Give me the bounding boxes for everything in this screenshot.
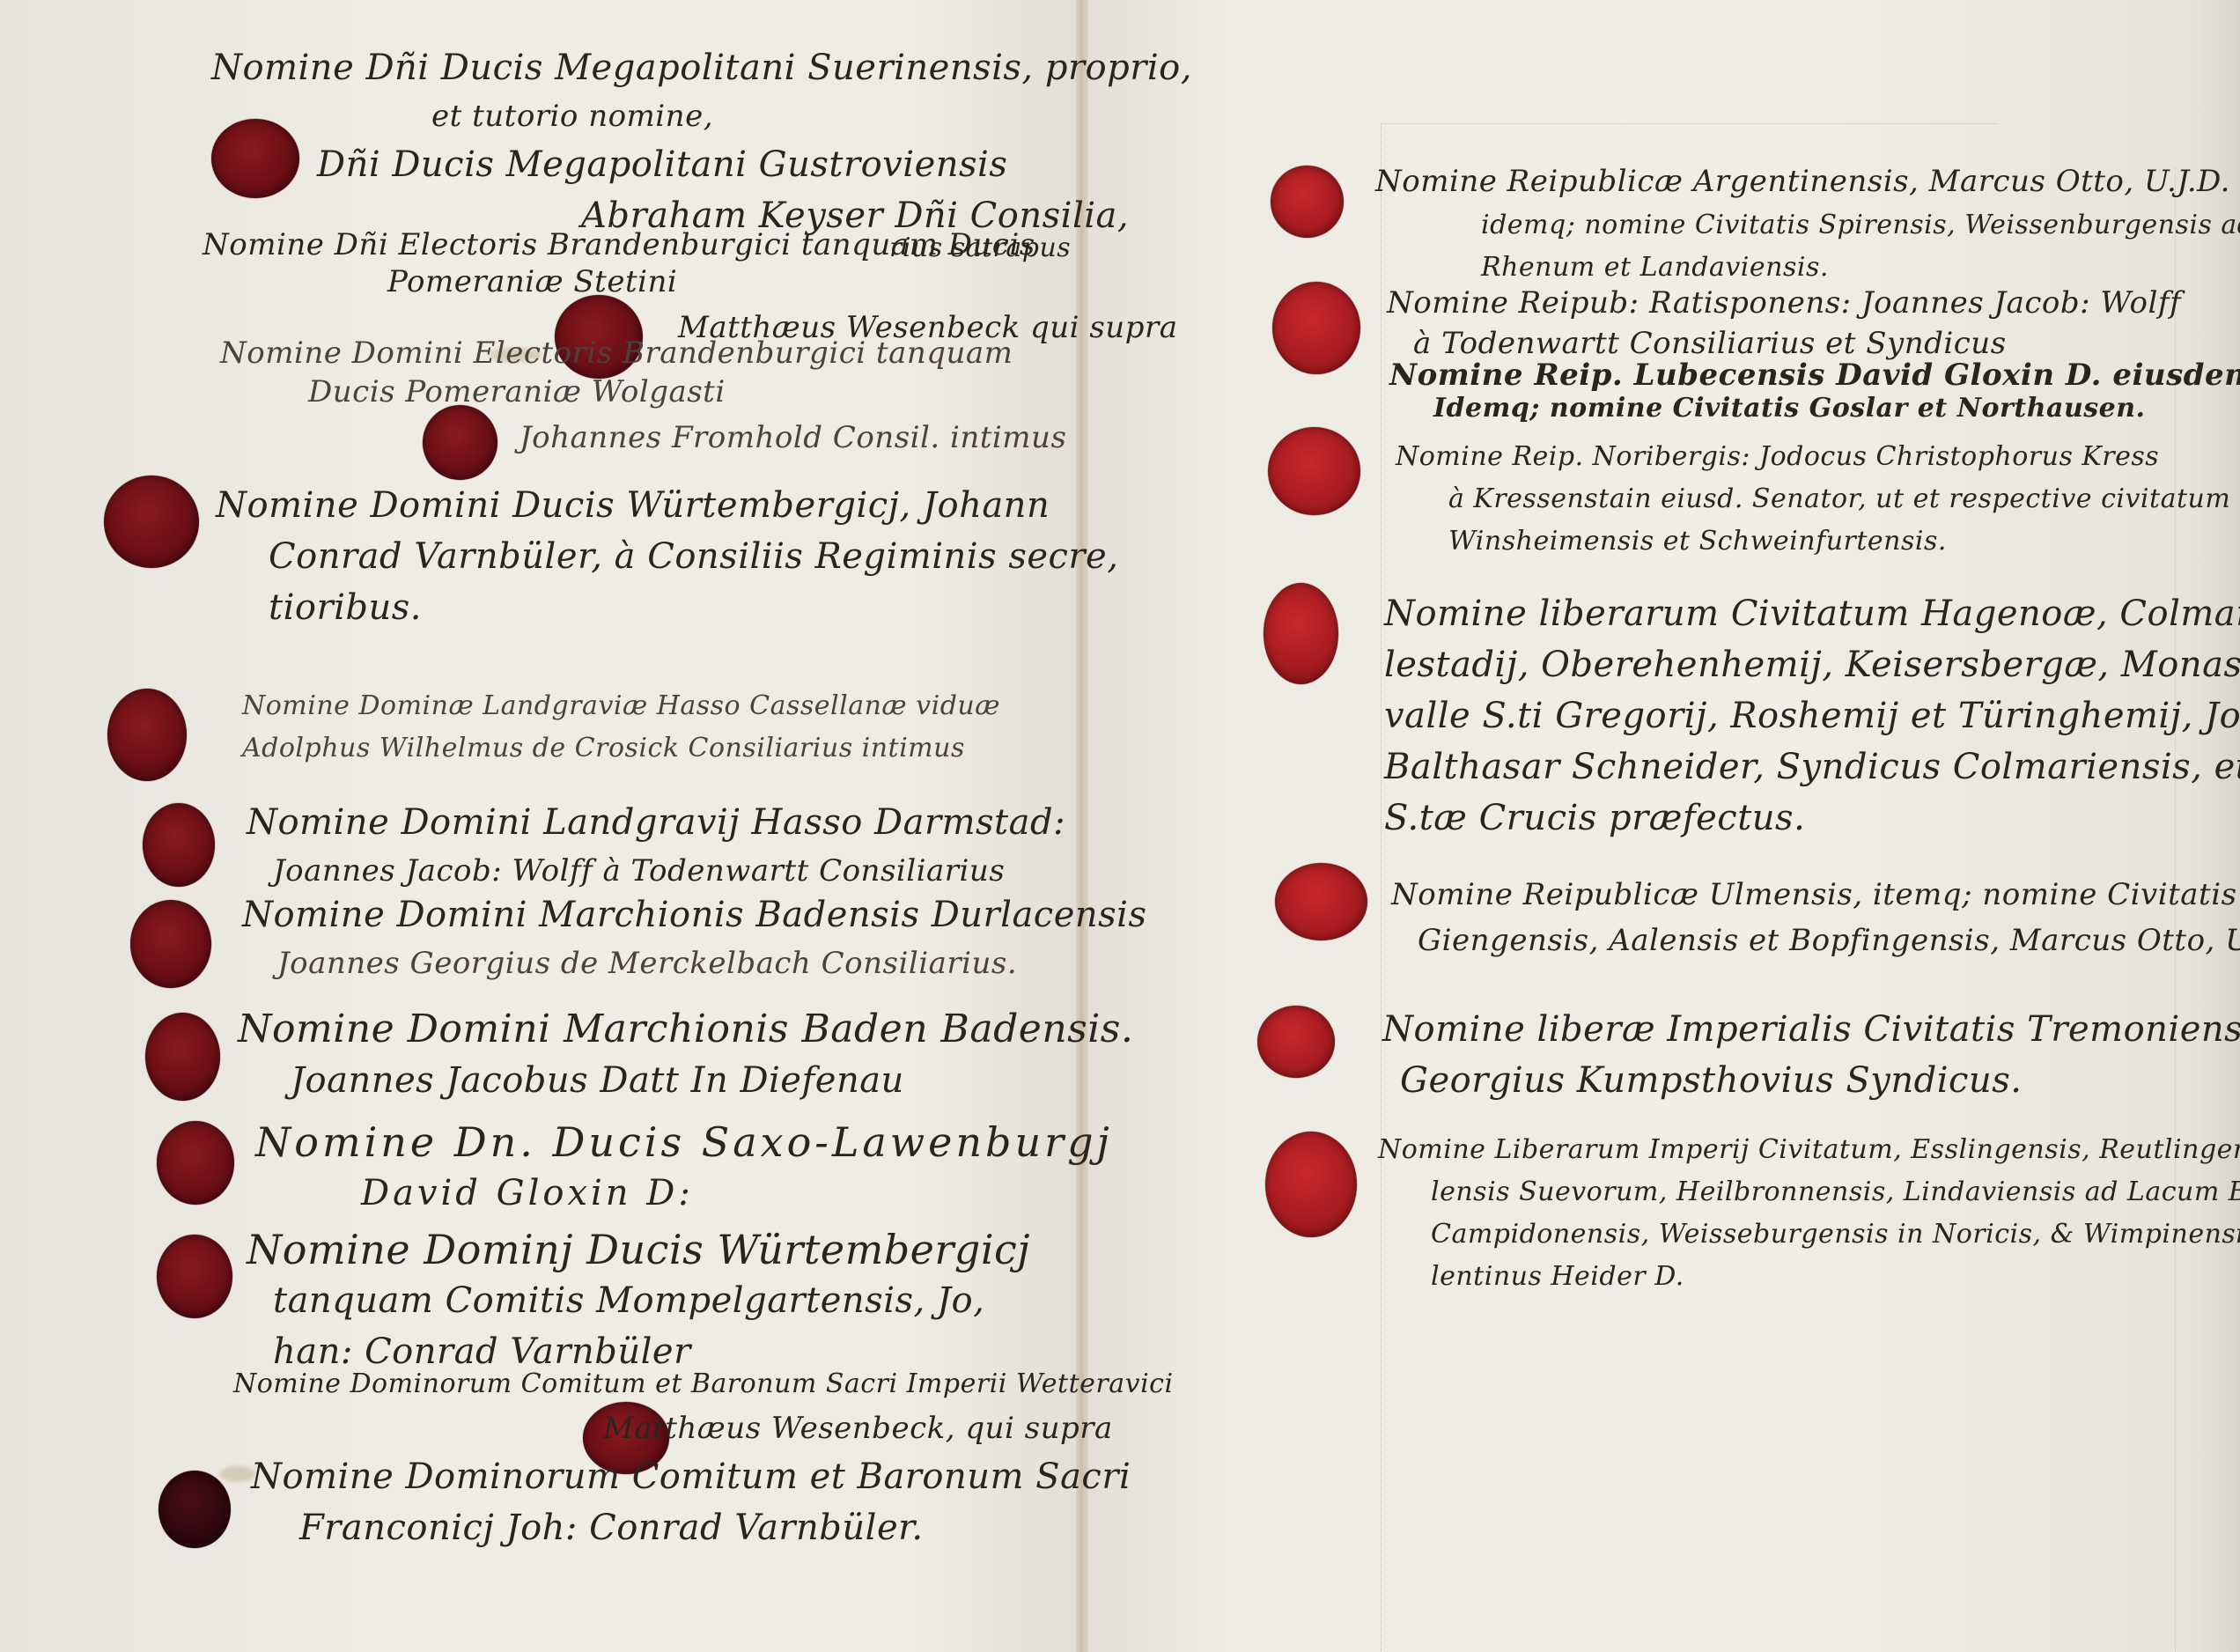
signature-entry: Nomine Domini Landgravij Hasso Darmstad:… — [247, 797, 1065, 894]
manuscript-spread: Nomine Dñi Ducis Megapolitani Suerinensi… — [0, 0, 2240, 1652]
wax-seal — [157, 1235, 232, 1318]
entry-line: Nomine liberarum Civitatum Hagenoæ, Colm… — [1384, 588, 2240, 639]
entry-line: Nomine Dominj Ducis Würtembergicj — [247, 1224, 1030, 1275]
signature-entry: Nomine Domini Ducis Würtembergicj, Johan… — [216, 480, 1118, 633]
signature-entry: Nomine liberarum Civitatum Hagenoæ, Colm… — [1384, 588, 2240, 844]
signature-entry: Nomine Reip. Lubecensis David Gloxin D. … — [1389, 352, 2240, 430]
wax-seal — [107, 689, 187, 781]
entry-line: lentinus Heider D. — [1378, 1256, 2240, 1298]
wax-seal — [1272, 282, 1360, 374]
entry-line: Campidonensis, Weisseburgensis in Norici… — [1378, 1213, 2240, 1256]
entry-line: Nomine Dñi Ducis Megapolitani Suerinensi… — [211, 42, 1192, 93]
entry-line: tioribus. — [216, 582, 1118, 633]
signature-entry: Nomine Reipublicæ Argentinensis, Marcus … — [1375, 159, 2240, 289]
entry-line: Nomine Dominorum Comitum et Baronum Sacr… — [251, 1451, 1131, 1502]
wax-seal — [158, 1471, 231, 1548]
entry-line: Conrad Varnbüler, à Consiliis Regiminis … — [216, 531, 1118, 582]
entry-line: Joannes Jacobus Datt In Diefenau — [238, 1055, 1133, 1106]
signature-entry: Nomine Dominæ Landgraviæ Hasso Cassellan… — [242, 685, 1000, 770]
entry-line: Matthæus Wesenbeck, qui supra — [233, 1405, 1174, 1451]
entry-line: Nomine Reip. Noribergis: Jodocus Christo… — [1396, 436, 2230, 478]
signature-entry: Nomine Dominorum Comitum et Baronum Sacr… — [251, 1451, 1131, 1553]
entry-line: lestadij, Oberehenhemij, Keisersbergæ, M… — [1384, 639, 2240, 690]
entry-line: Franconicj Joh: Conrad Varnbüler. — [251, 1502, 1131, 1553]
signature-entry: Nomine Domini Electoris Brandenburgici t… — [220, 330, 1066, 461]
entry-line: Nomine Domini Marchionis Badensis Durlac… — [242, 889, 1146, 940]
entry-line: lensis Suevorum, Heilbronnensis, Lindavi… — [1378, 1171, 2240, 1213]
wax-seal — [1257, 1006, 1335, 1078]
entry-line: Johannes Fromhold Consil. intimus — [220, 415, 1066, 461]
entry-line: Adolphus Wilhelmus de Crosick Consiliari… — [242, 727, 1000, 770]
entry-line: tanquam Comitis Mompelgartensis, Jo, — [247, 1275, 1030, 1326]
entry-line: Nomine Domini Ducis Würtembergicj, Johan… — [216, 480, 1118, 531]
entry-line: Joannes Jacob: Wolff à Todenwartt Consil… — [247, 848, 1065, 894]
entry-line: David Gloxin D: — [255, 1168, 1113, 1219]
wax-seal — [145, 1013, 220, 1101]
entry-line: Nomine Dn. Ducis Saxo-Lawenburgj — [255, 1117, 1113, 1168]
signature-entry: Nomine Liberarum Imperij Civitatum, Essl… — [1378, 1129, 2240, 1298]
signature-entry: Nomine Reip. Noribergis: Jodocus Christo… — [1396, 436, 2230, 563]
entry-line: Nomine Dñi Electoris Brandenburgici tanq… — [203, 222, 1178, 268]
signature-entry: Nomine Reipublicæ Ulmensis, itemq; nomin… — [1391, 872, 2240, 963]
entry-line: Nomine Dominæ Landgraviæ Hasso Cassellan… — [242, 685, 1000, 727]
signature-entry: Nomine Dn. Ducis Saxo-Lawenburgj David G… — [255, 1117, 1113, 1219]
entry-line: Dñi Ducis Megapolitani Gustroviensis — [211, 139, 1192, 190]
wax-seal — [1275, 863, 1367, 940]
wax-seal — [130, 900, 211, 988]
entry-line: Georgius Kumpsthovius Syndicus. — [1382, 1055, 2240, 1106]
entry-line: idemq; nomine Civitatis Spirensis, Weiss… — [1375, 204, 2240, 247]
signature-entry: Nomine liberæ Imperialis Civitatis Tremo… — [1382, 1004, 2240, 1106]
entry-line: Giengensis, Aalensis et Bopfingensis, Ma… — [1391, 918, 2240, 963]
entry-line: Nomine Liberarum Imperij Civitatum, Essl… — [1378, 1129, 2240, 1171]
wax-seal — [104, 476, 199, 568]
entry-line: Nomine Reipublicæ Argentinensis, Marcus … — [1375, 159, 2240, 204]
signature-entry: Nomine Domini Marchionis Baden Badensis.… — [238, 1004, 1133, 1106]
entry-line: Balthasar Schneider, Syndicus Colmariens… — [1384, 741, 2240, 793]
entry-line: Winsheimensis et Schweinfurtensis. — [1396, 520, 2230, 563]
wax-seal — [1271, 166, 1344, 238]
wax-seal — [1265, 1132, 1357, 1237]
wax-seal — [143, 803, 215, 887]
entry-line: Nomine Domini Landgravij Hasso Darmstad: — [247, 797, 1065, 848]
entry-line: Idemq; nomine Civitatis Goslar et Northa… — [1389, 387, 2240, 430]
entry-line: S.tæ Crucis præfectus. — [1384, 793, 2240, 844]
signature-entry: Nomine Dominorum Comitum et Baronum Sacr… — [233, 1363, 1174, 1451]
entry-line: valle S.ti Gregorij, Roshemij et Türingh… — [1384, 690, 2240, 741]
entry-line: Nomine liberæ Imperialis Civitatis Tremo… — [1382, 1004, 2240, 1055]
entry-line: Nomine Dominorum Comitum et Baronum Sacr… — [233, 1363, 1174, 1405]
entry-line: Joannes Georgius de Merckelbach Consilia… — [242, 940, 1146, 986]
entry-line: et tutorio nomine, — [211, 93, 1192, 139]
wax-seal — [1264, 583, 1338, 684]
signature-entry: Nomine Domini Marchionis Badensis Durlac… — [242, 889, 1146, 986]
entry-line: à Kressenstain eiusd. Senator, ut et res… — [1396, 478, 2230, 520]
signature-entry: Nomine Dominj Ducis Würtembergicj tanqua… — [247, 1224, 1030, 1377]
wax-seal — [1268, 427, 1360, 515]
paper-stain — [220, 1466, 255, 1482]
wax-seal — [157, 1121, 234, 1205]
entry-line: Nomine Domini Marchionis Baden Badensis. — [238, 1004, 1133, 1055]
entry-line: Nomine Reipublicæ Ulmensis, itemq; nomin… — [1391, 872, 2240, 918]
entry-line: Nomine Reipub: Ratisponens: Joannes Jaco… — [1387, 280, 2181, 326]
